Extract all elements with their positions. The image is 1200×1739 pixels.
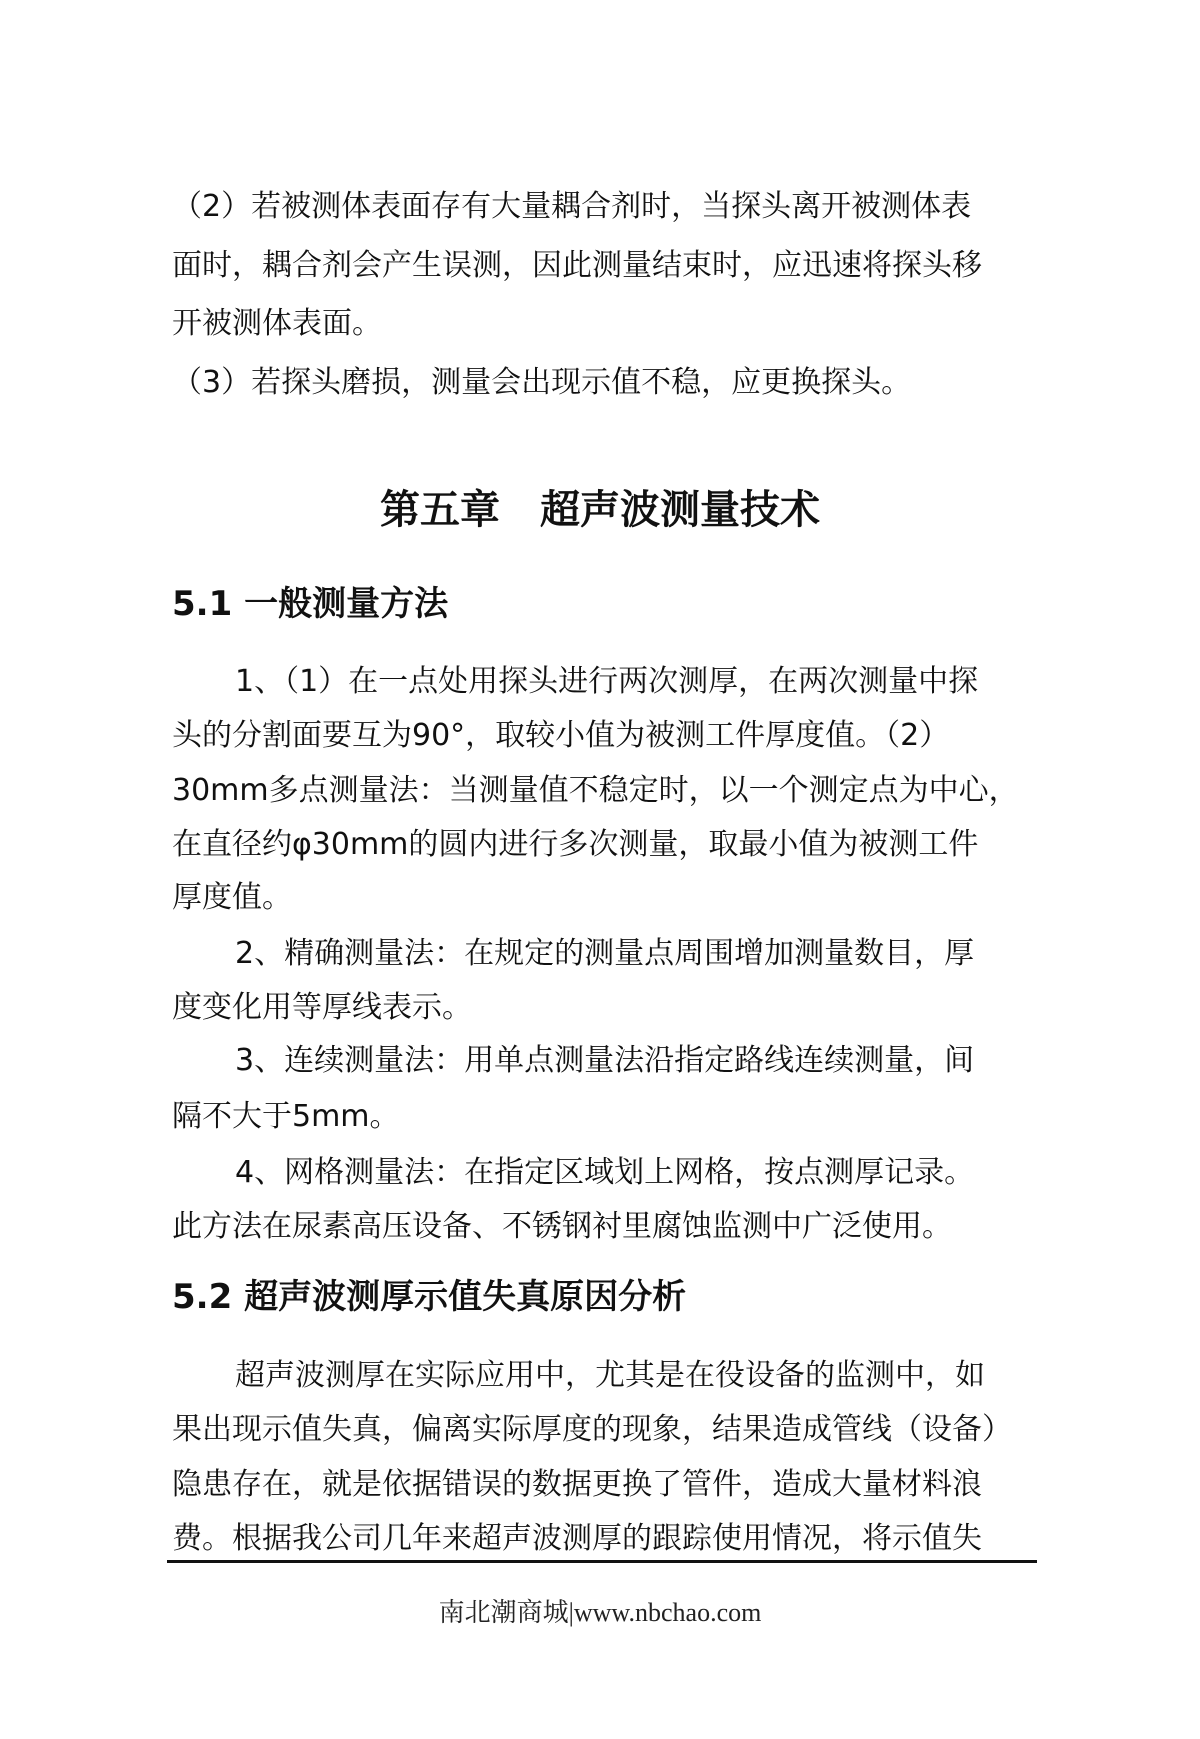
paragraph-line: 4、网格测量法：在指定区域划上网格，按点测厚记录。 (235, 1153, 974, 1193)
paragraph-line: 在直径约φ30mm的圆内进行多次测量，取最小值为被测工件 (172, 825, 978, 865)
chapter-number: 第五章 (380, 487, 500, 533)
page-footer: 南北潮商城|www.nbchao.com (0, 1597, 1200, 1629)
chapter-name: 超声波测量技术 (540, 487, 820, 533)
footer-divider (167, 1560, 1037, 1563)
paragraph-line: 超声波测厚在实际应用中，尤其是在役设备的监测中，如 (235, 1356, 985, 1396)
paragraph-line: 头的分割面要互为90°，取较小值为被测工件厚度值。（2） (172, 716, 949, 756)
paragraph-line: 3、连续测量法：用单点测量法沿指定路线连续测量，间 (235, 1041, 974, 1081)
paragraph-line: （2）若被测体表面存有大量耦合剂时，当探头离开被测体表 (172, 187, 971, 227)
paragraph-line: 隔不大于5mm。 (172, 1097, 400, 1137)
paragraph-line: 开被测体表面。 (172, 304, 382, 344)
paragraph-line: 面时，耦合剂会产生误测，因此测量结束时，应迅速将探头移 (172, 246, 982, 286)
paragraph-line: 费。根据我公司几年来超声波测厚的跟踪使用情况，将示值失 (172, 1519, 982, 1559)
paragraph-line: （3）若探头磨损，测量会出现示值不稳，应更换探头。 (172, 363, 911, 403)
paragraph-line: 隐患存在，就是依据错误的数据更换了管件，造成大量材料浪 (172, 1465, 982, 1505)
paragraph-line: 此方法在尿素高压设备、不锈钢衬里腐蚀监测中广泛使用。 (172, 1207, 952, 1247)
paragraph-line: 果出现示值失真，偏离实际厚度的现象，结果造成管线（设备） (172, 1410, 1012, 1450)
paragraph-line: 厚度值。 (172, 878, 292, 918)
section-heading-5-1: 5.1 一般测量方法 (172, 582, 448, 626)
paragraph-line: 度变化用等厚线表示。 (172, 988, 472, 1028)
paragraph-line: 2、精确测量法：在规定的测量点周围增加测量数目，厚 (235, 934, 974, 974)
paragraph-line: 30mm多点测量法：当测量值不稳定时，以一个测定点为中心， (172, 771, 1019, 811)
paragraph-line: 1、（1）在一点处用探头进行两次测厚，在两次测量中探 (235, 662, 978, 702)
chapter-title: 第五章超声波测量技术 (0, 484, 1200, 536)
section-heading-5-2: 5.2 超声波测厚示值失真原因分析 (172, 1275, 686, 1319)
